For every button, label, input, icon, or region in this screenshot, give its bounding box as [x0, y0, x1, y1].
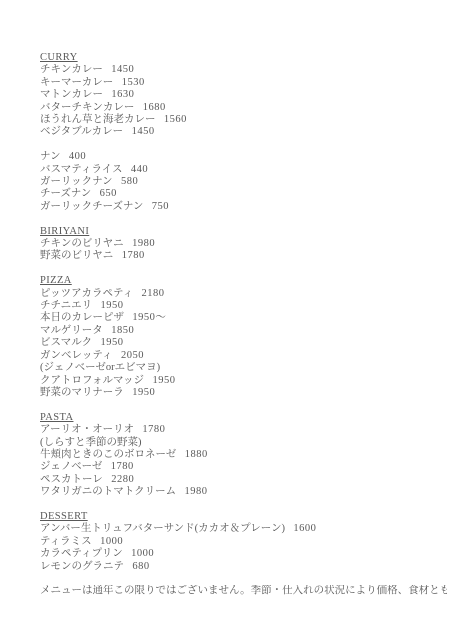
menu-item-name: ペスカトーレ — [40, 474, 103, 485]
menu-item-name: カラペティプリン — [40, 548, 123, 559]
menu-item-price: 1780 — [122, 250, 145, 261]
menu-item-name: バスマティライス — [40, 164, 123, 175]
menu-item-name: チキンカレー — [40, 64, 103, 75]
menu-item-name: チーズナン — [40, 188, 91, 199]
menu-item-row: チキンのビリヤニ1980 — [40, 238, 447, 250]
menu-item-name: ティラミス — [40, 536, 92, 547]
menu-item-row: ガンベレッティ2050 — [40, 350, 447, 362]
menu-item-name: マトンカレー — [40, 89, 103, 100]
menu-item-row: ビスマルク1950 — [40, 337, 447, 349]
menu-item-price: 1000 — [131, 548, 154, 559]
menu-item-name: ワタリガニのトマトクリーム — [40, 486, 176, 497]
section-items: チキンのビリヤニ1980 野菜のビリヤニ1780 — [40, 238, 447, 263]
menu-item-price: 2050 — [121, 350, 144, 361]
menu-item-name: チキンのビリヤニ — [40, 238, 124, 249]
menu-item-name: 野菜のマリナーラ — [40, 387, 124, 398]
menu-item-price: 650 — [100, 188, 117, 199]
menu-item-name: ピッツアカラペティ — [40, 288, 133, 299]
menu-item-row: チキンカレー1450 — [40, 64, 447, 76]
menu-item-name: ガーリックナン — [40, 176, 113, 187]
menu-section: DESSERT アンバー生トリュフバターサンド(カカオ＆プレーン)1600 ティ… — [40, 511, 447, 573]
menu-item-price: 1780 — [142, 424, 165, 435]
menu-item-row: キーマーカレー1530 — [40, 77, 447, 89]
menu-item-row: ナン400 — [40, 151, 447, 163]
menu-item-name: 本日のカレーピザ — [40, 312, 124, 323]
menu-item-price: 580 — [121, 176, 138, 187]
menu-item-name: クアトロフォルマッジ — [40, 375, 144, 386]
menu-item-name: アンバー生トリュフバターサンド(カカオ＆プレーン) — [40, 523, 285, 534]
menu-item-row: チーズナン650 — [40, 188, 447, 200]
menu-item-name: ほうれん草と海老カレー — [40, 114, 156, 125]
menu-item-row: (しらすと季節の野菜) — [40, 437, 447, 449]
menu-item-price: 680 — [132, 561, 149, 572]
menu-item-price: 400 — [69, 151, 86, 162]
menu-item-price: 1950 — [132, 387, 155, 398]
menu-item-price: 1950 — [100, 337, 123, 348]
menu-item-name: 牛頬肉ときのこのボロネーゼ — [40, 449, 176, 460]
menu-item-name: (ジェノベーゼorエビマヨ) — [40, 362, 160, 373]
menu-item-price: 1560 — [164, 114, 187, 125]
menu-item-name: バターチキンカレー — [40, 102, 134, 113]
menu-item-name: マルゲリータ — [40, 325, 103, 336]
menu-item-price: 1450 — [111, 64, 134, 75]
menu-section: CURRY チキンカレー1450 キーマーカレー1530 マトンカレー1630 … — [40, 52, 447, 139]
menu-item-row: バターチキンカレー1680 — [40, 102, 447, 114]
menu-item-row: ティラミス1000 — [40, 536, 447, 548]
menu-item-row: カラペティプリン1000 — [40, 548, 447, 560]
menu-footer-note: メニューは通年この限りではございません。季節・仕入れの状況により価格、食材ともに… — [40, 585, 447, 597]
menu-item-price: 1680 — [143, 102, 166, 113]
menu-item-name: 野菜のビリヤニ — [40, 250, 113, 261]
menu-item-name: (しらすと季節の野菜) — [40, 437, 142, 448]
menu-item-row: アンバー生トリュフバターサンド(カカオ＆プレーン)1600 — [40, 523, 447, 535]
menu-item-row: チチニエリ1950 — [40, 300, 447, 312]
menu-item-row: 野菜のビリヤニ1780 — [40, 250, 447, 262]
section-items: アーリオ・オーリオ1780 (しらすと季節の野菜) 牛頬肉ときのこのボロネーゼ1… — [40, 424, 447, 498]
menu-item-row: 牛頬肉ときのこのボロネーゼ1880 — [40, 449, 447, 461]
menu-item-price: 2180 — [142, 288, 165, 299]
menu-item-row: マルゲリータ1850 — [40, 325, 447, 337]
menu-item-row: ガーリックチーズナン750 — [40, 201, 447, 213]
section-heading: BIRIYANI — [40, 226, 447, 238]
menu-item-row: ジェノベーゼ1780 — [40, 461, 447, 473]
menu-item-name: ナン — [40, 151, 60, 162]
section-items: ナン400 バスマティライス440 ガーリックナン580 チーズナン650 ガー… — [40, 151, 447, 213]
section-heading: PASTA — [40, 412, 447, 424]
menu-item-row: ワタリガニのトマトクリーム1980 — [40, 486, 447, 498]
section-heading: CURRY — [40, 52, 447, 64]
menu-item-name: チチニエリ — [40, 300, 92, 311]
menu-section: PIZZA ピッツアカラペティ2180 チチニエリ1950 本日のカレーピザ19… — [40, 275, 447, 399]
menu-item-price: 1850 — [111, 325, 134, 336]
menu-item-price: 2280 — [111, 474, 134, 485]
menu-item-row: ペスカトーレ2280 — [40, 474, 447, 486]
menu-item-price: 1450 — [132, 126, 155, 137]
menu-section: PASTA アーリオ・オーリオ1780 (しらすと季節の野菜) 牛頬肉ときのこの… — [40, 412, 447, 499]
menu-item-row: レモンのグラニテ680 — [40, 561, 447, 573]
menu-item-row: ピッツアカラペティ2180 — [40, 288, 447, 300]
menu-item-price: 1530 — [122, 77, 145, 88]
menu-item-price: 1000 — [100, 536, 123, 547]
menu-item-row: バスマティライス440 — [40, 164, 447, 176]
menu-item-row: ガーリックナン580 — [40, 176, 447, 188]
menu-item-price: 750 — [152, 201, 169, 212]
menu-item-price: 1950 — [100, 300, 123, 311]
menu-item-name: キーマーカレー — [40, 77, 113, 88]
menu-item-name: ベジタブルカレー — [40, 126, 123, 137]
menu-item-price: 1780 — [111, 461, 134, 472]
menu-item-price: 1630 — [111, 89, 134, 100]
menu-item-name: ビスマルク — [40, 337, 92, 348]
menu-item-row: アーリオ・オーリオ1780 — [40, 424, 447, 436]
menu-item-name: ガンベレッティ — [40, 350, 113, 361]
menu-item-price: 1950〜 — [132, 312, 166, 323]
menu-item-row: クアトロフォルマッジ1950 — [40, 375, 447, 387]
menu-page: CURRY チキンカレー1450 キーマーカレー1530 マトンカレー1630 … — [0, 0, 453, 640]
menu-item-row: 野菜のマリナーラ1950 — [40, 387, 447, 399]
menu-item-row: 本日のカレーピザ1950〜 — [40, 312, 447, 324]
menu-item-row: (ジェノベーゼorエビマヨ) — [40, 362, 447, 374]
menu-item-price: 1600 — [293, 523, 316, 534]
section-items: チキンカレー1450 キーマーカレー1530 マトンカレー1630 バターチキン… — [40, 64, 447, 138]
menu-item-name: アーリオ・オーリオ — [40, 424, 134, 435]
section-items: アンバー生トリュフバターサンド(カカオ＆プレーン)1600 ティラミス1000 … — [40, 523, 447, 573]
menu-item-name: レモンのグラニテ — [40, 561, 124, 572]
menu-item-row: ベジタブルカレー1450 — [40, 126, 447, 138]
menu-sections: CURRY チキンカレー1450 キーマーカレー1530 マトンカレー1630 … — [40, 52, 447, 573]
menu-item-price: 1950 — [152, 375, 175, 386]
section-heading: PIZZA — [40, 275, 447, 287]
menu-item-row: ほうれん草と海老カレー1560 — [40, 114, 447, 126]
menu-item-name: ガーリックチーズナン — [40, 201, 143, 212]
section-heading: DESSERT — [40, 511, 447, 523]
menu-item-name: ジェノベーゼ — [40, 461, 102, 472]
menu-item-price: 1880 — [185, 449, 208, 460]
section-items: ピッツアカラペティ2180 チチニエリ1950 本日のカレーピザ1950〜 マル… — [40, 288, 447, 400]
menu-item-price: 440 — [131, 164, 148, 175]
menu-item-price: 1980 — [132, 238, 155, 249]
menu-item-price: 1980 — [184, 486, 207, 497]
menu-section: BIRIYANI チキンのビリヤニ1980 野菜のビリヤニ1780 — [40, 226, 447, 263]
menu-item-row: マトンカレー1630 — [40, 89, 447, 101]
menu-section: ナン400 バスマティライス440 ガーリックナン580 チーズナン650 ガー… — [40, 151, 447, 213]
